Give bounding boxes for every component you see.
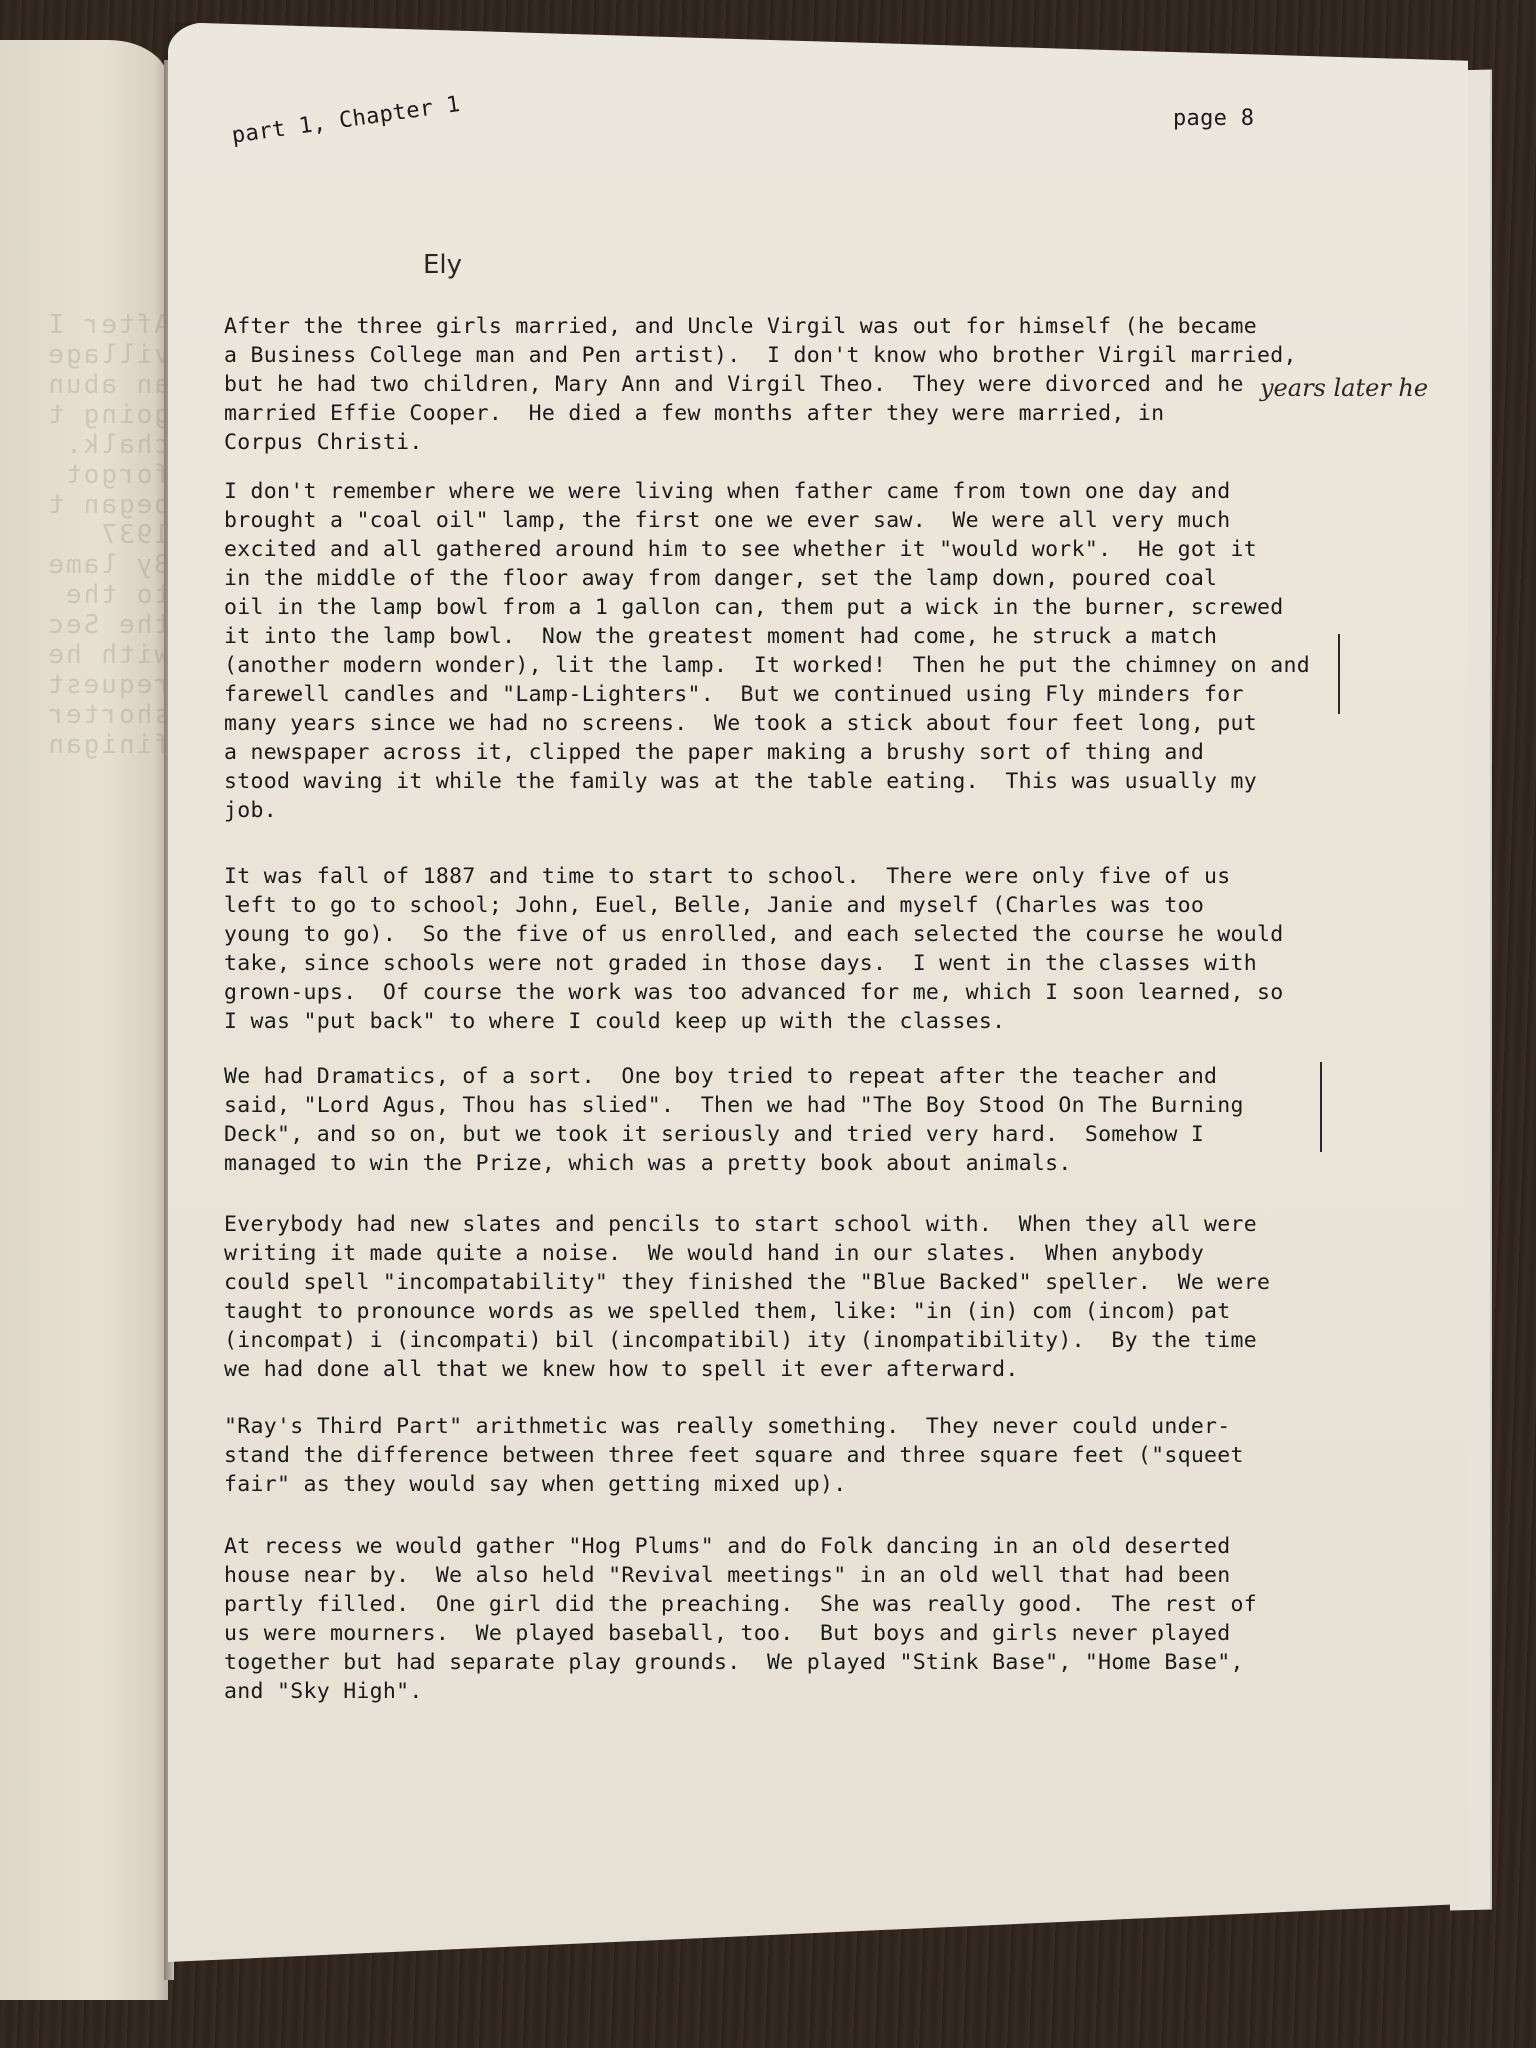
text-line: brought a "coal oil" lamp, the first one… — [224, 506, 1364, 535]
text-line: excited and all gathered around him to s… — [224, 535, 1364, 564]
text-line: in the middle of the floor away from dan… — [224, 564, 1364, 593]
text-line: managed to win the Prize, which was a pr… — [224, 1149, 1364, 1178]
facing-page: After I village an abun going t chalk. f… — [0, 40, 168, 2000]
paragraph: I don't remember where we were living wh… — [224, 477, 1364, 825]
text-line: After the three girls married, and Uncle… — [224, 312, 1364, 341]
text-line: I don't remember where we were living wh… — [224, 477, 1364, 506]
text-line: At recess we would gather "Hog Plums" an… — [224, 1532, 1364, 1561]
text-line: left to go to school; John, Euel, Belle,… — [224, 891, 1364, 920]
text-line: a newspaper across it, clipped the paper… — [224, 738, 1364, 767]
text-line: married Effie Cooper. He died a few mont… — [224, 399, 1364, 428]
text-line: Deck", and so on, but we took it serious… — [224, 1120, 1364, 1149]
text-line: job. — [224, 796, 1364, 825]
text-line: taught to pronounce words as we spelled … — [224, 1297, 1364, 1326]
text-line: writing it made quite a noise. We would … — [224, 1239, 1364, 1268]
text-line: and "Sky High". — [224, 1677, 1364, 1706]
paragraph: At recess we would gather "Hog Plums" an… — [224, 1532, 1364, 1706]
text-line: many years since we had no screens. We t… — [224, 709, 1364, 738]
text-line: could spell "incompatability" they finis… — [224, 1268, 1364, 1297]
text-line: fair" as they would say when getting mix… — [224, 1470, 1364, 1499]
text-line: farewell candles and "Lamp-Lighters". Bu… — [224, 680, 1364, 709]
paragraph: "Ray's Third Part" arithmetic was really… — [224, 1412, 1364, 1499]
text-line: together but had separate play grounds. … — [224, 1648, 1364, 1677]
paragraph: It was fall of 1887 and time to start to… — [224, 862, 1364, 1036]
text-line: grown-ups. Of course the work was too ad… — [224, 978, 1364, 1007]
text-line: "Ray's Third Part" arithmetic was really… — [224, 1412, 1364, 1441]
text-line: us were mourners. We played baseball, to… — [224, 1619, 1364, 1648]
text-line: take, since schools were not graded in t… — [224, 949, 1364, 978]
text-line: house near by. We also held "Revival mee… — [224, 1561, 1364, 1590]
text-line: We had Dramatics, of a sort. One boy tri… — [224, 1062, 1364, 1091]
text-line: said, "Lord Agus, Thou has slied". Then … — [224, 1091, 1364, 1120]
text-line: I was "put back" to where I could keep u… — [224, 1007, 1364, 1036]
facing-page-bleed-text: After I village an abun going t chalk. f… — [20, 310, 168, 760]
page-number: page 8 — [1173, 104, 1254, 133]
paragraph: We had Dramatics, of a sort. One boy tri… — [224, 1062, 1364, 1178]
text-line: partly filled. One girl did the preachin… — [224, 1590, 1364, 1619]
text-line: a Business College man and Pen artist). … — [224, 341, 1364, 370]
text-line: stand the difference between three feet … — [224, 1441, 1364, 1470]
text-line: (another modern wonder), lit the lamp. I… — [224, 651, 1364, 680]
handwritten-insert-ely: Ely — [423, 250, 462, 280]
typewritten-page: part 1, Chapter 1 page 8 Ely years later… — [168, 22, 1468, 1962]
text-line: oil in the lamp bowl from a 1 gallon can… — [224, 593, 1364, 622]
text-line: it into the lamp bowl. Now the greatest … — [224, 622, 1364, 651]
text-line: Corpus Christi. — [224, 428, 1364, 457]
text-line: we had done all that we knew how to spel… — [224, 1355, 1364, 1384]
text-line: (incompat) i (incompati) bil (incompatib… — [224, 1326, 1364, 1355]
text-line: but he had two children, Mary Ann and Vi… — [224, 370, 1364, 399]
text-line: stood waving it while the family was at … — [224, 767, 1364, 796]
text-line: It was fall of 1887 and time to start to… — [224, 862, 1364, 891]
paragraph: After the three girls married, and Uncle… — [224, 312, 1364, 457]
text-line: young to go). So the five of us enrolled… — [224, 920, 1364, 949]
running-head: part 1, Chapter 1 — [230, 90, 462, 151]
text-line: Everybody had new slates and pencils to … — [224, 1210, 1364, 1239]
paragraph: Everybody had new slates and pencils to … — [224, 1210, 1364, 1384]
